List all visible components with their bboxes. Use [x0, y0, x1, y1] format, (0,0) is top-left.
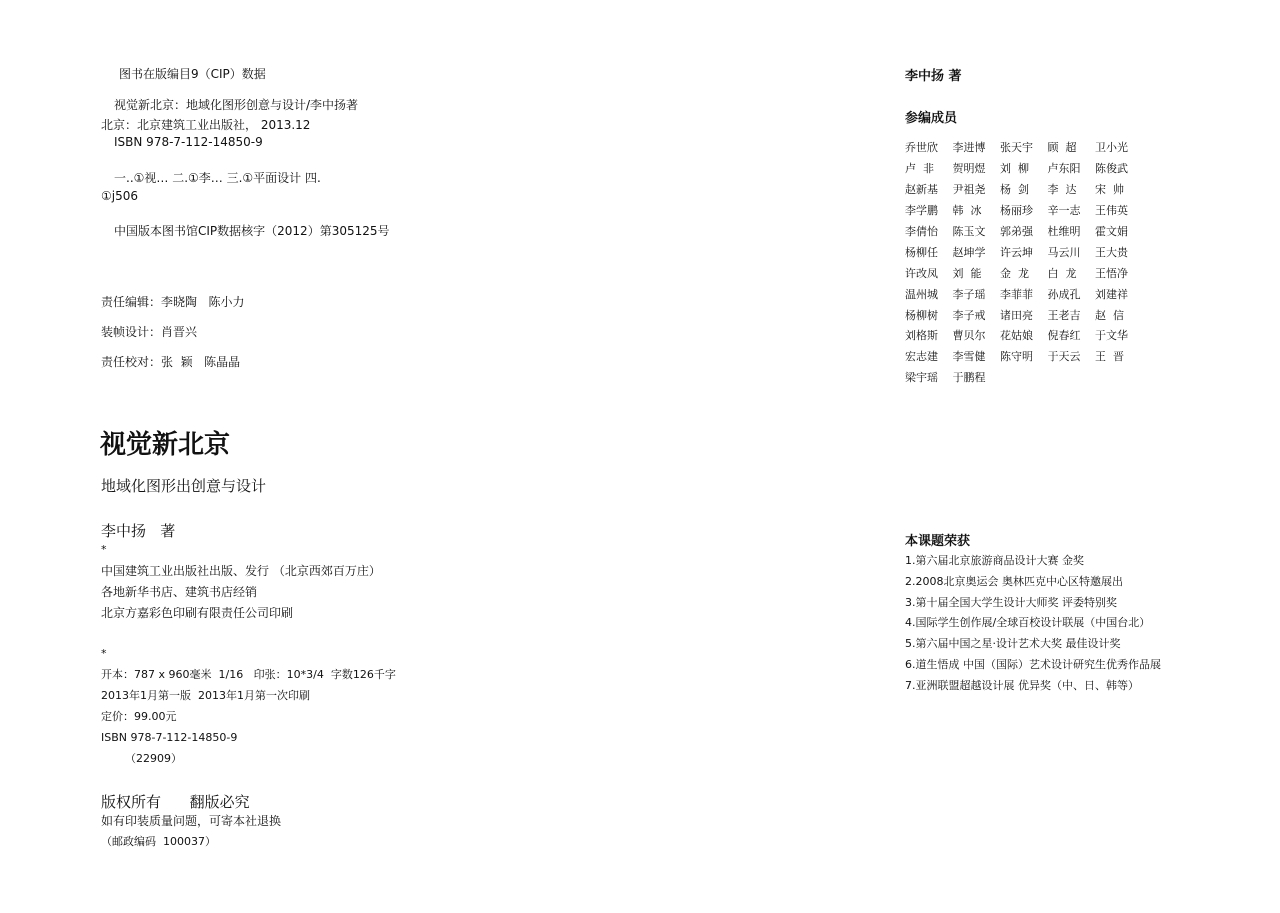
members-row: 杨柳树 李子戒 诸田亮 王老吉 赵 信	[905, 304, 1165, 325]
award-item: 4.国际学生创作展/全球百校设计联展（中国台北）	[905, 616, 1161, 637]
member-name: 辛一志	[1048, 202, 1096, 218]
cip-heading: 图书在版编目9（CIP）数据	[119, 67, 266, 81]
cip-publisher-line: 北京：北京建筑工业出版社， 2013.12	[101, 118, 310, 132]
member-name: 顾 超	[1048, 139, 1096, 155]
members-heading: 参编成员	[905, 111, 957, 126]
member-name: 李倩怡	[905, 223, 953, 239]
member-name: 刘 柳	[1000, 160, 1048, 176]
member-name: 杨丽珍	[1000, 202, 1048, 218]
format-line: 开本：787 x 960毫米 1/16 印张：10*3/4 字数126千字	[101, 668, 396, 681]
member-name: 杜维明	[1048, 223, 1096, 239]
member-name: 李子戒	[953, 307, 1001, 323]
awards-list: 1.第六届北京旅游商品设计大赛 金奖 2.2008北京奥运会 奥林匹克中心区特邀…	[905, 554, 1161, 700]
distributor-line: 各地新华书店、建筑书店经销	[101, 585, 257, 599]
right-author: 李中扬 著	[905, 69, 962, 84]
member-name: 马云川	[1048, 244, 1096, 260]
member-name: 卫小光	[1095, 139, 1143, 155]
credit-design: 装帧设计：肖晋兴	[101, 325, 197, 339]
members-row: 赵新基 尹祖尧 杨 剑 李 达 宋 帅	[905, 179, 1165, 200]
award-item: 5.第六届中国之星·设计艺术大奖 最佳设计奖	[905, 637, 1161, 658]
return-notice: 如有印装质量问题，可寄本社退换	[101, 814, 281, 828]
book-code: （22909）	[125, 752, 182, 765]
postcode-line: （邮政编码 100037）	[101, 835, 216, 848]
member-name: 刘 能	[953, 265, 1001, 281]
member-name: 王老吉	[1048, 307, 1096, 323]
member-name: 张天宇	[1000, 139, 1048, 155]
members-row: 乔世欣 李进博 张天宇 顾 超 卫小光	[905, 137, 1165, 158]
award-item: 2.2008北京奥运会 奥林匹克中心区特邀展出	[905, 575, 1161, 596]
credit-editor: 责任编辑：李晓陶 陈小力	[101, 295, 244, 309]
separator-star: *	[101, 647, 107, 660]
member-name: 乔世欣	[905, 139, 953, 155]
member-name: 杨柳任	[905, 244, 953, 260]
members-row: 李学鹏 韩 冰 杨丽珍 辛一志 王伟英	[905, 200, 1165, 221]
members-row: 杨柳任 赵坤学 许云坤 马云川 王大贵	[905, 241, 1165, 262]
member-name: 霍文娟	[1095, 223, 1143, 239]
member-name: 杨 剑	[1000, 181, 1048, 197]
members-row: 卢 非 贺明煜 刘 柳 卢东阳 陈俊武	[905, 158, 1165, 179]
award-item: 3.第十届全国大学生设计大师奖 评委特别奖	[905, 596, 1161, 617]
awards-heading: 本课题荣获	[905, 534, 970, 549]
isbn-line: ISBN 978-7-112-14850-9	[101, 731, 237, 744]
member-name: 王大贵	[1095, 244, 1143, 260]
member-name: 于文华	[1095, 327, 1143, 343]
publisher-line: 中国建筑工业出版社出版、发行 （北京西郊百万庄）	[101, 564, 381, 578]
member-name: 王伟英	[1095, 202, 1143, 218]
member-name: 许改凤	[905, 265, 953, 281]
member-name: 刘建祥	[1095, 286, 1143, 302]
members-row: 刘格斯 曹贝尔 花姑娘 倪春红 于文华	[905, 325, 1165, 346]
members-row: 李倩怡 陈玉文 郭弟强 杜维明 霍文娟	[905, 221, 1165, 242]
member-name: 郭弟强	[1000, 223, 1048, 239]
members-row: 温州城 李子瑶 李菲菲 孙成孔 刘建祥	[905, 283, 1165, 304]
member-name: 贺明煜	[953, 160, 1001, 176]
member-name: 杨柳树	[905, 307, 953, 323]
member-name: 于天云	[1048, 348, 1096, 364]
member-name: 花姑娘	[1000, 327, 1048, 343]
member-name: 韩 冰	[953, 202, 1001, 218]
member-name: 宋 帅	[1095, 181, 1143, 197]
separator-star: *	[101, 543, 107, 556]
member-name: 王悟净	[1095, 265, 1143, 281]
edition-line: 2013年1月第一版 2013年1月第一次印刷	[101, 689, 310, 702]
member-name: 宏志建	[905, 348, 953, 364]
copyright-line: 版权所有 翻版必究	[101, 794, 250, 811]
member-name: 尹祖尧	[953, 181, 1001, 197]
member-name: 梁宇瑶	[905, 369, 953, 385]
member-name: 卢 非	[905, 160, 953, 176]
credit-value: 李晓陶 陈小力	[161, 295, 244, 309]
credit-proofread: 责任校对：张 颖 陈晶晶	[101, 355, 240, 369]
credit-label: 责任校对：	[101, 355, 161, 369]
book-author: 李中扬 著	[101, 523, 175, 540]
member-name: 陈俊武	[1095, 160, 1143, 176]
cip-title-line: 视觉新北京：地域化图形创意与设计/李中扬著	[114, 98, 358, 112]
member-name: 孙成孔	[1048, 286, 1096, 302]
members-row: 许改凤 刘 能 金 龙 白 龙 王悟净	[905, 262, 1165, 283]
member-name: 陈守明	[1000, 348, 1048, 364]
cip-isbn-line: ISBN 978-7-112-14850-9	[114, 135, 263, 149]
member-name: 李子瑶	[953, 286, 1001, 302]
printer-line: 北京方嘉彩色印刷有限责任公司印刷	[101, 606, 293, 620]
book-subtitle: 地域化图形出创意与设计	[101, 478, 266, 495]
members-row: 宏志建 李雪健 陈守明 于天云 王 晋	[905, 346, 1165, 367]
price-line: 定价：99.00元	[101, 710, 177, 723]
credit-label: 装帧设计：	[101, 325, 161, 339]
member-name: 赵坤学	[953, 244, 1001, 260]
award-item: 7.亚洲联盟超越设计展 优异奖（中、日、韩等）	[905, 679, 1161, 700]
member-name: 李学鹏	[905, 202, 953, 218]
member-name: 赵 信	[1095, 307, 1143, 323]
member-name: 陈玉文	[953, 223, 1001, 239]
award-item: 6.道生悟成 中国（国际）艺术设计研究生优秀作品展	[905, 658, 1161, 679]
member-name: 李 达	[1048, 181, 1096, 197]
member-name: 赵新基	[905, 181, 953, 197]
member-name: 卢东阳	[1048, 160, 1096, 176]
member-name: 曹贝尔	[953, 327, 1001, 343]
credit-value: 张 颖 陈晶晶	[161, 355, 240, 369]
credit-value: 肖晋兴	[161, 325, 197, 339]
member-name: 王 晋	[1095, 348, 1143, 364]
credit-label: 责任编辑：	[101, 295, 161, 309]
members-grid: 乔世欣 李进博 张天宇 顾 超 卫小光 卢 非 贺明煜 刘 柳 卢东阳 陈俊武 …	[905, 137, 1165, 388]
member-name: 倪春红	[1048, 327, 1096, 343]
member-name: 李雪健	[953, 348, 1001, 364]
cip-classification-line: 一..①视… 二.①李… 三.①平面设计 四.	[114, 171, 321, 185]
member-name: 白 龙	[1048, 265, 1096, 281]
member-name: 金 龙	[1000, 265, 1048, 281]
member-name: 李进博	[953, 139, 1001, 155]
award-item: 1.第六届北京旅游商品设计大赛 金奖	[905, 554, 1161, 575]
member-name: 于鹏程	[953, 369, 1001, 385]
cip-number: 中国版本图书馆CIP数据核字（2012）第305125号	[114, 224, 390, 238]
member-name: 温州城	[905, 286, 953, 302]
member-name: 李菲菲	[1000, 286, 1048, 302]
book-title: 视觉新北京	[100, 430, 230, 460]
members-row: 梁宇瑶 于鹏程	[905, 367, 1165, 388]
member-name: 许云坤	[1000, 244, 1048, 260]
member-name: 刘格斯	[905, 327, 953, 343]
cip-classification-cont: ①j506	[101, 189, 138, 203]
member-name: 诸田亮	[1000, 307, 1048, 323]
